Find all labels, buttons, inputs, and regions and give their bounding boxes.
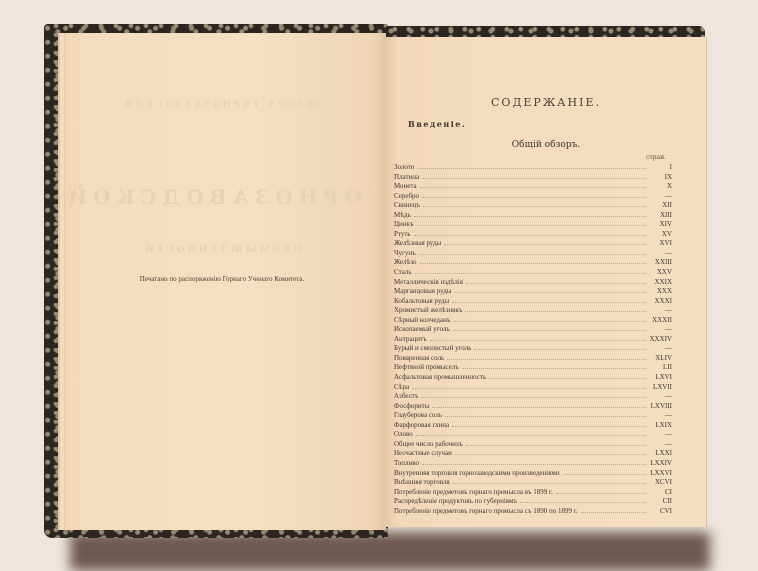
- toc-entry-page: LXVIII: [646, 402, 672, 412]
- toc-entry-page: XXXIV: [646, 335, 672, 345]
- toc-entry-page: XVI: [646, 239, 672, 249]
- dot-leader: [422, 178, 646, 179]
- toc-entry: Хромистый желѣзнякъ—: [394, 306, 672, 316]
- toc-entry: ПлатинаIX: [394, 173, 672, 183]
- right-page: СОДЕРЖАНІЕ. Введеніе. Общій обзоръ. стра…: [386, 37, 707, 527]
- toc-entry: Кобальтовыя рудыXXXI: [394, 297, 672, 307]
- page-column-header: стран.: [646, 154, 666, 161]
- toc-entry: Сѣрный колчеданъXXXII: [394, 316, 672, 326]
- dot-leader: [453, 483, 646, 484]
- dot-leader: [453, 330, 646, 331]
- toc-entry-title: Нефтяной промыселъ: [394, 363, 462, 373]
- toc-entry-title: Асфальтовая промышленность: [394, 373, 489, 383]
- toc-entry-title: Кобальтовыя руды: [394, 297, 452, 307]
- toc-entry-page: XV: [646, 230, 672, 240]
- toc-entry: РтутьXV: [394, 230, 672, 240]
- toc-entry-title: Чугунъ: [394, 249, 419, 259]
- toc-entry-page: I: [646, 163, 672, 173]
- toc-entry: АнтрацитъXXXIV: [394, 335, 672, 345]
- toc-entry-title: Поваренная соль: [394, 354, 447, 364]
- toc-entry-page: LXIX: [646, 421, 672, 431]
- toc-entry: Несчастные случаиLXXI: [394, 449, 672, 459]
- toc-entry: Фарфоровая глинаLXIX: [394, 421, 672, 431]
- dot-leader: [556, 493, 646, 494]
- toc-entry-title: Платина: [394, 173, 422, 183]
- toc-entry-title: Марганцовыя руды: [394, 287, 455, 297]
- toc-entry: Ископаемый уголь—: [394, 325, 672, 335]
- dot-leader: [420, 263, 646, 264]
- toc-entry: Нефтяной промыселъLII: [394, 363, 672, 373]
- toc-entry: Чугунъ—: [394, 249, 672, 259]
- toc-entry-title: Распредѣленіе продуктовъ по губерніямъ: [394, 497, 520, 507]
- dot-leader: [414, 216, 646, 217]
- dot-leader: [417, 225, 646, 226]
- dot-leader: [474, 349, 646, 350]
- dot-leader: [415, 273, 646, 274]
- toc-entry-title: Цинкъ: [394, 220, 417, 230]
- toc-entry-page: LXVII: [646, 383, 672, 393]
- toc-entry-title: Сѣрный колчеданъ: [394, 316, 453, 326]
- toc-entry-title: Антрацитъ: [394, 335, 430, 345]
- showthrough-title: ГОРНОЗАВОДСКОЙ: [58, 185, 386, 209]
- toc-entry: СтальXXV: [394, 268, 672, 278]
- toc-entry-page: CII: [646, 497, 672, 507]
- showthrough-header: ОБЗОРЪ ГОРНОЗАВОДСКОЙ: [58, 99, 386, 109]
- toc-entry-page: —: [646, 306, 672, 316]
- toc-entry-title: Ископаемый уголь: [394, 325, 453, 335]
- toc-entry-page: —: [646, 440, 672, 450]
- toc-entry-page: —: [646, 192, 672, 202]
- dot-leader: [489, 378, 646, 379]
- toc-entry-page: XXIII: [646, 258, 672, 268]
- toc-entry: Металлическія издѣліяXXIX: [394, 278, 672, 288]
- toc-entry-page: XII: [646, 201, 672, 211]
- dot-leader: [466, 445, 646, 446]
- toc-entry-page: LII: [646, 363, 672, 373]
- toc-entry-title: Потребленіе предметовъ горнаго промысла …: [394, 507, 581, 517]
- dot-leader: [563, 474, 646, 475]
- toc-entry-page: XXXII: [646, 316, 672, 326]
- dot-leader: [430, 340, 646, 341]
- dot-leader: [465, 311, 646, 312]
- toc-entry: Серебро—: [394, 192, 672, 202]
- toc-entry: Поваренная сольXLIV: [394, 354, 672, 364]
- toc-entry-title: Общее число рабочихъ: [394, 440, 466, 450]
- toc-entry-page: LXXIV: [646, 459, 672, 469]
- dot-leader: [455, 454, 646, 455]
- toc-entry-title: Желѣзныя руды: [394, 239, 444, 249]
- toc-entry: МонетаX: [394, 182, 672, 192]
- toc-entry-page: XXX: [646, 287, 672, 297]
- toc-entry-page: —: [646, 392, 672, 402]
- toc-entry: Азбестъ—: [394, 392, 672, 402]
- toc-entry: Олово—: [394, 430, 672, 440]
- dot-leader: [421, 397, 646, 398]
- dot-leader: [452, 302, 646, 303]
- toc-entry-page: XXIX: [646, 278, 672, 288]
- contents-title: СОДЕРЖАНІЕ.: [386, 96, 706, 109]
- toc-entry-title: Топливо: [394, 459, 422, 469]
- toc-entry-title: Хромистый желѣзнякъ: [394, 306, 465, 316]
- toc-entry-title: Сѣра: [394, 383, 412, 393]
- toc-entry-page: —: [646, 249, 672, 259]
- dot-leader: [447, 359, 646, 360]
- toc-entry-page: LXVI: [646, 373, 672, 383]
- toc-entry: Внѣшняя торговляXCVI: [394, 478, 672, 488]
- toc-entry-title: Мѣдь: [394, 211, 414, 221]
- dot-leader: [466, 283, 646, 284]
- intro-heading: Введеніе.: [408, 119, 466, 129]
- left-page: ОБЗОРЪ ГОРНОЗАВОДСКОЙ ГОРНОЗАВОДСКОЙ ПРО…: [58, 33, 386, 530]
- toc-entry-title: Внутренняя торговля горнозаводскими прои…: [394, 469, 563, 479]
- dot-leader: [414, 235, 646, 236]
- toc-entry-page: XCVI: [646, 478, 672, 488]
- dot-leader: [419, 254, 646, 255]
- toc-entry: ЗолотоI: [394, 163, 672, 173]
- toc-entry: ФосфоритыLXVIII: [394, 402, 672, 412]
- toc-entry: Асфальтовая промышленностьLXVI: [394, 373, 672, 383]
- toc-entry: Марганцовыя рудыXXX: [394, 287, 672, 297]
- toc-entry: ЖелѣзоXXIII: [394, 258, 672, 268]
- toc-entry-title: Несчастные случаи: [394, 449, 455, 459]
- toc-entry-title: Потребленіе предметовъ горнаго промысла …: [394, 488, 556, 498]
- toc-entry-page: —: [646, 430, 672, 440]
- toc-entry: ТопливоLXXIV: [394, 459, 672, 469]
- toc-entry-title: Золото: [394, 163, 417, 173]
- toc-entry-title: Фарфоровая глина: [394, 421, 452, 431]
- toc-entry-page: IX: [646, 173, 672, 183]
- dot-leader: [422, 464, 646, 465]
- toc-entry-title: Желѣзо: [394, 258, 420, 268]
- toc-entry-title: Монета: [394, 182, 420, 192]
- toc-entry: Желѣзныя рудыXVI: [394, 239, 672, 249]
- toc-entry: Распредѣленіе продуктовъ по губерніямъCI…: [394, 497, 672, 507]
- dot-leader: [432, 407, 646, 408]
- toc-entry: Бурый и смолистый уголь—: [394, 344, 672, 354]
- dot-leader: [416, 435, 646, 436]
- dot-leader: [462, 368, 646, 369]
- dot-leader: [452, 426, 646, 427]
- dot-leader: [422, 197, 646, 198]
- section-heading: Общій обзоръ.: [386, 140, 706, 150]
- toc-entry-page: LXXI: [646, 449, 672, 459]
- toc-entry-title: Глауберова соль: [394, 411, 445, 421]
- toc-entry: СвинецъXII: [394, 201, 672, 211]
- toc-list: ЗолотоIПлатинаIXМонетаXСеребро—СвинецъXI…: [394, 163, 672, 516]
- showthrough-subtitle: ПРОМЫШЛЕННОСТИ: [58, 245, 386, 255]
- toc-entry-page: XIV: [646, 220, 672, 230]
- toc-entry-title: Сталь: [394, 268, 415, 278]
- toc-entry-title: Металлическія издѣлія: [394, 278, 466, 288]
- toc-entry-page: XIII: [646, 211, 672, 221]
- dot-leader: [520, 502, 646, 503]
- imprint-text: Печатано по распоряженію Горнаго Ученаго…: [58, 275, 386, 283]
- toc-entry-page: XLIV: [646, 354, 672, 364]
- dot-leader: [455, 292, 646, 293]
- dot-leader: [423, 206, 646, 207]
- toc-entry: СѣраLXVII: [394, 383, 672, 393]
- toc-entry: МѣдьXIII: [394, 211, 672, 221]
- toc-entry-title: Внѣшняя торговля: [394, 478, 453, 488]
- dot-leader: [445, 416, 646, 417]
- dot-leader: [412, 388, 646, 389]
- toc-entry-title: Бурый и смолистый уголь: [394, 344, 474, 354]
- toc-entry-page: —: [646, 344, 672, 354]
- toc-entry: Внутренняя торговля горнозаводскими прои…: [394, 469, 672, 479]
- toc-entry-title: Олово: [394, 430, 416, 440]
- toc-entry-page: X: [646, 182, 672, 192]
- toc-entry-page: CVI: [646, 507, 672, 517]
- toc-entry: Общее число рабочихъ—: [394, 440, 672, 450]
- toc-entry-page: XXV: [646, 268, 672, 278]
- dot-leader: [417, 168, 646, 169]
- dot-leader: [453, 321, 646, 322]
- dot-leader: [581, 512, 646, 513]
- dot-leader: [420, 187, 646, 188]
- toc-entry: Потребленіе предметовъ горнаго промысла …: [394, 488, 672, 498]
- toc-entry-page: LXXVI: [646, 469, 672, 479]
- toc-entry: ЦинкъXIV: [394, 220, 672, 230]
- toc-entry-page: —: [646, 411, 672, 421]
- toc-entry-page: —: [646, 325, 672, 335]
- dot-leader: [444, 244, 646, 245]
- toc-entry-title: Свинецъ: [394, 201, 423, 211]
- toc-entry-title: Ртуть: [394, 230, 414, 240]
- toc-entry-title: Серебро: [394, 192, 422, 202]
- toc-entry-page: CI: [646, 488, 672, 498]
- toc-entry: Потребленіе предметовъ горнаго промысла …: [394, 507, 672, 517]
- toc-entry-page: XXXI: [646, 297, 672, 307]
- toc-entry-title: Азбестъ: [394, 392, 421, 402]
- toc-entry-title: Фосфориты: [394, 402, 432, 412]
- toc-entry: Глауберова соль—: [394, 411, 672, 421]
